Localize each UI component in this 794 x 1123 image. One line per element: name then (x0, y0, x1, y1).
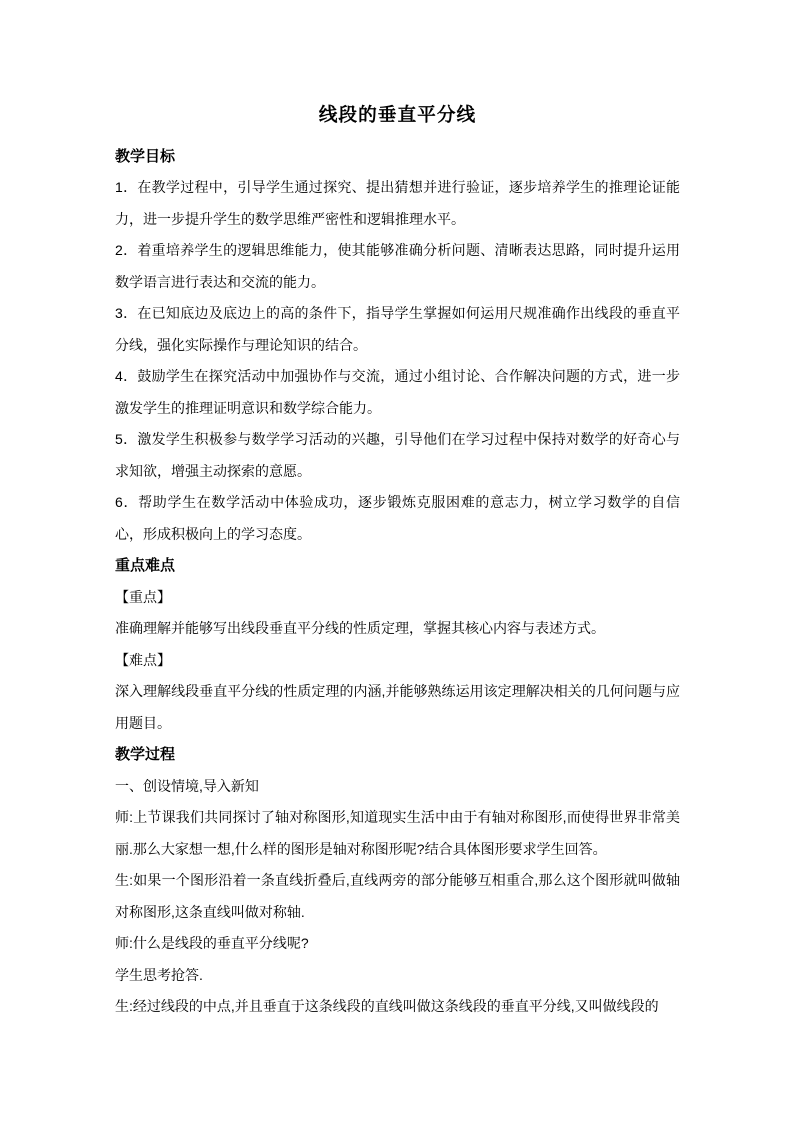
process-line-teacher-2: 师:什么是线段的垂直平分线呢? (115, 928, 680, 960)
section-heading-key-points: 重点难点 (115, 550, 680, 582)
difficult-label: 【难点】 (115, 645, 680, 677)
document-page: 线段的垂直平分线 教学目标 1．在教学过程中，引导学生通过探究、提出猜想并进行验… (0, 0, 794, 1123)
goal-item-2: 2．着重培养学生的逻辑思维能力，使其能够准确分析问题、清晰表达思路，同时提升运用… (115, 235, 680, 298)
goal-item-5: 5．激发学生积极参与数学学习活动的兴趣，引导他们在学习过程中保持对数学的好奇心与… (115, 424, 680, 487)
goal-item-4: 4．鼓励学生在探究活动中加强协作与交流，通过小组讨论、合作解决问题的方式，进一步… (115, 361, 680, 424)
process-line-student-1: 生:如果一个图形沿着一条直线折叠后,直线两旁的部分能够互相重合,那么这个图形就叫… (115, 865, 680, 928)
goal-item-3: 3．在已知底边及底边上的高的条件下，指导学生掌握如何运用尺规准确作出线段的垂直平… (115, 298, 680, 361)
process-line-note: 学生思考抢答. (115, 960, 680, 992)
process-line-intro: 一、创设情境,导入新知 (115, 771, 680, 803)
section-heading-goals: 教学目标 (115, 141, 680, 173)
goal-item-1: 1．在教学过程中，引导学生通过探究、提出猜想并进行验证，逐步培养学生的推理论证能… (115, 172, 680, 235)
important-text: 准确理解并能够写出线段垂直平分线的性质定理，掌握其核心内容与表述方式。 (115, 613, 680, 645)
document-title: 线段的垂直平分线 (115, 99, 680, 131)
process-line-student-2: 生:经过线段的中点,并且垂直于这条线段的直线叫做这条线段的垂直平分线,又叫做线段… (115, 991, 680, 1023)
goal-item-6: 6．帮助学生在数学活动中体验成功，逐步锻炼克服困难的意志力，树立学习数学的自信心… (115, 487, 680, 550)
difficult-text: 深入理解线段垂直平分线的性质定理的内涵,并能够熟练运用该定理解决相关的几何问题与… (115, 676, 680, 739)
process-line-teacher-1: 师:上节课我们共同探讨了轴对称图形,知道现实生活中由于有轴对称图形,而使得世界非… (115, 802, 680, 865)
important-label: 【重点】 (115, 582, 680, 614)
section-heading-process: 教学过程 (115, 739, 680, 771)
